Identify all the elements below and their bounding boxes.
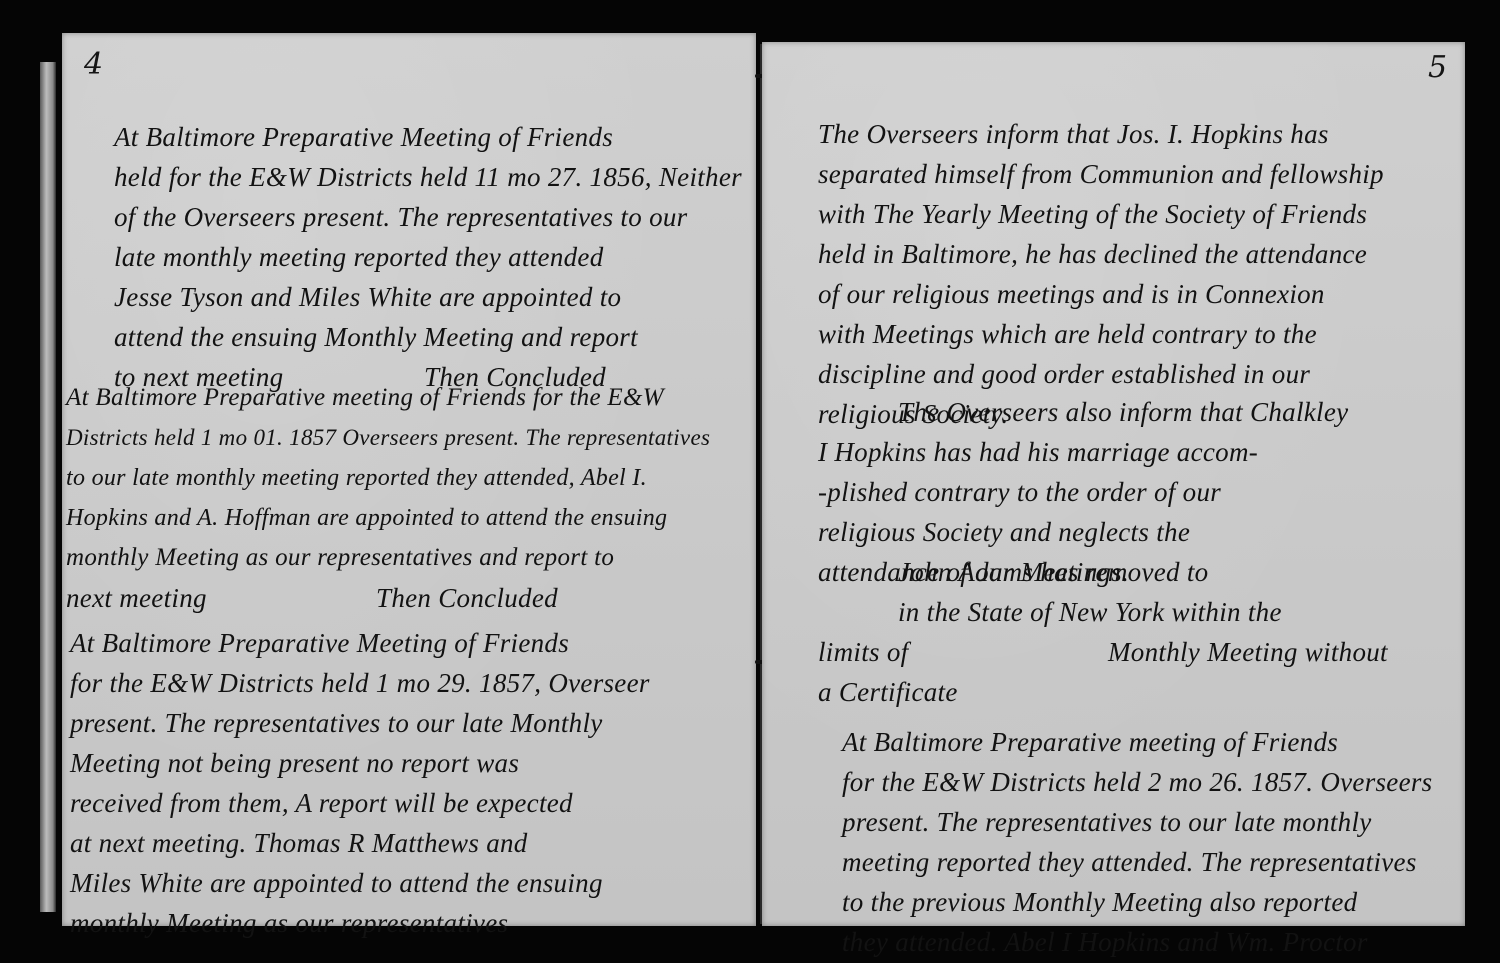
entry-line: At Baltimore Preparative meeting of Frie… xyxy=(818,722,1433,762)
entry-line: held for the E&W Districts held 11 mo 27… xyxy=(114,157,742,197)
entry-line: late monthly meeting reported they atten… xyxy=(114,237,742,277)
entry-line: Meeting not being present no report was xyxy=(70,743,650,783)
entry-line: meeting reported they attended. The repr… xyxy=(818,842,1433,882)
entry-line: to our late monthly meeting reported the… xyxy=(66,458,710,498)
entry-line: John Adams has removed to xyxy=(818,552,1282,592)
minute-entry-2: At Baltimore Preparative meeting of Frie… xyxy=(66,378,710,618)
closing-text: Then Concluded xyxy=(376,578,558,618)
entry-line: attend the ensuing Monthly Meeting and r… xyxy=(114,317,742,357)
entry-line: At Baltimore Preparative Meeting of Frie… xyxy=(70,623,650,663)
entry-line: of our religious meetings and is in Conn… xyxy=(818,274,1384,314)
entry-line: monthly Meeting as our representatives xyxy=(70,903,650,943)
entry-line: at next meeting. Thomas R Matthews and xyxy=(70,823,650,863)
entry-line: Districts held 1 mo 01. 1857 Overseers p… xyxy=(66,418,710,458)
entry-line: Miles White are appointed to attend the … xyxy=(70,863,650,903)
minute-entry-7: At Baltimore Preparative meeting of Frie… xyxy=(818,722,1433,962)
entry-line: for the E&W Districts held 1 mo 29. 1857… xyxy=(70,663,650,703)
entry-line-text: next meeting xyxy=(66,583,207,613)
entry-line: they attended. Abel I Hopkins and Wm. Pr… xyxy=(818,922,1433,962)
entry-line: At Baltimore Preparative meeting of Frie… xyxy=(66,378,710,418)
entry-line: I Hopkins has had his marriage accom- xyxy=(818,432,1348,472)
entry-line: of the Overseers present. The representa… xyxy=(114,197,742,237)
entry-line: next meeting Then Concluded xyxy=(66,578,710,618)
adjacent-page-edge xyxy=(40,62,56,912)
entry-line: discipline and good order established in… xyxy=(818,354,1384,394)
entry-line: with The Yearly Meeting of the Society o… xyxy=(818,194,1384,234)
entry-line: Jesse Tyson and Miles White are appointe… xyxy=(114,277,742,317)
left-page: 4 At Baltimore Preparative Meeting of Fr… xyxy=(62,33,756,926)
entry-line: -plished contrary to the order of our xyxy=(818,472,1348,512)
entry-line: held in Baltimore, he has declined the a… xyxy=(818,234,1384,274)
minute-entry-6: John Adams has removed to in the State o… xyxy=(818,552,1282,712)
entry-line: in the State of New York within the xyxy=(818,592,1282,632)
entry-line: Hopkins and A. Hoffman are appointed to … xyxy=(66,498,710,538)
entry-line: present. The representatives to our late… xyxy=(818,802,1433,842)
page-number: 5 xyxy=(1428,50,1447,85)
entry-line: monthly Meeting as our representatives a… xyxy=(66,538,710,578)
minute-entry-3: At Baltimore Preparative Meeting of Frie… xyxy=(70,623,650,943)
entry-line: religious Society and neglects the xyxy=(818,512,1348,552)
entry-line: The Overseers inform that Jos. I. Hopkin… xyxy=(818,114,1384,154)
entry-line: present. The representatives to our late… xyxy=(70,703,650,743)
entry-line-suffix: Monthly Meeting without xyxy=(1108,632,1388,672)
entry-line: to the previous Monthly Meeting also rep… xyxy=(818,882,1433,922)
entry-line: for the E&W Districts held 2 mo 26. 1857… xyxy=(818,762,1433,802)
entry-line: At Baltimore Preparative Meeting of Frie… xyxy=(114,117,742,157)
entry-line-text: limits of xyxy=(818,637,908,667)
entry-line: limits of Monthly Meeting without xyxy=(818,632,1282,672)
entry-line: received from them, A report will be exp… xyxy=(70,783,650,823)
minute-entry-4: The Overseers inform that Jos. I. Hopkin… xyxy=(818,114,1384,434)
minute-entry-1: At Baltimore Preparative Meeting of Frie… xyxy=(114,117,742,397)
right-page: 5 The Overseers inform that Jos. I. Hopk… xyxy=(762,42,1465,926)
entry-line: The Overseers also inform that Chalkley xyxy=(818,392,1348,432)
entry-line: with Meetings which are held contrary to… xyxy=(818,314,1384,354)
entry-line: separated himself from Communion and fel… xyxy=(818,154,1384,194)
page-number: 4 xyxy=(84,47,103,82)
entry-line: a Certificate xyxy=(818,672,1282,712)
